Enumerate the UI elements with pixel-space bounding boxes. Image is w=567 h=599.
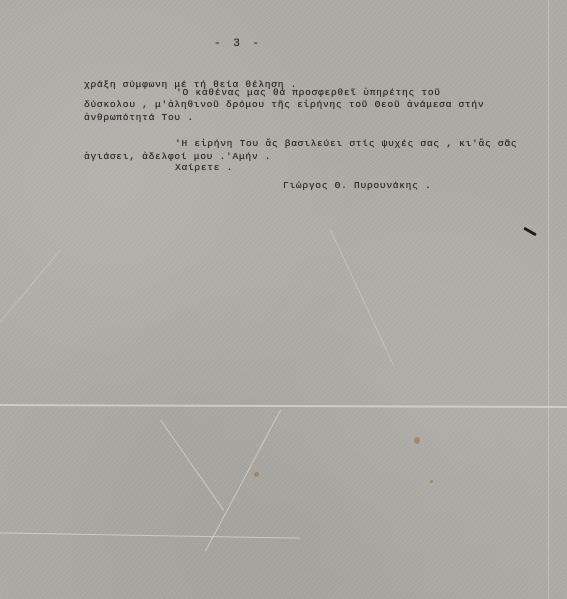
paper-crease [0, 532, 300, 538]
body-line: ἀνθρωπότητά Του . [84, 112, 194, 124]
rust-stain [414, 437, 420, 444]
body-line: 'Ο καθένας μας θά προσφερθεῖ ὑπηρέτης το… [176, 87, 441, 99]
pen-mark [523, 227, 537, 237]
paper-crease [160, 420, 224, 511]
rust-stain [430, 480, 433, 483]
paper-crease [330, 230, 394, 366]
paper-crease [0, 404, 567, 407]
body-line: 'Η εἰρήνη Του ἄς βασιλεύει στίς ψυχές σα… [175, 138, 517, 150]
signature: Γιώργος Θ. Πυρουνάκης . [283, 180, 432, 192]
body-line: δύσκολου , μ'ἀληθινοῦ δρόμου τῆς εἰρήνης… [84, 99, 484, 111]
paper-crease [0, 250, 61, 343]
rust-stain [254, 472, 259, 477]
paper-edge-crease [548, 0, 549, 599]
closing-line: Χαίρετε . [175, 162, 233, 174]
paper-crease [205, 410, 281, 552]
scanned-letter-page: - 3 - χράξη σύμφωνη μέ τή θεία θέληση . … [0, 0, 567, 599]
page-number: - 3 - [214, 38, 262, 50]
